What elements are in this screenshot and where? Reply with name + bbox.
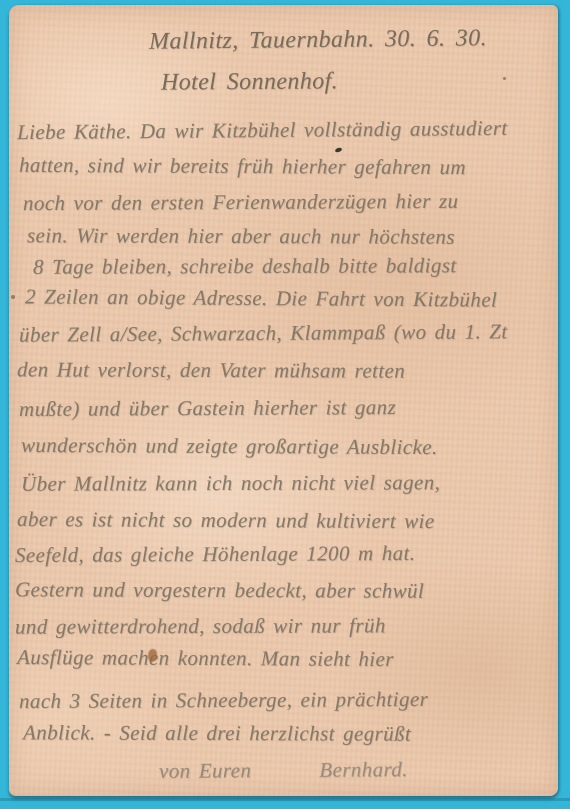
- signature-from: von Euren: [159, 758, 251, 783]
- handwriting-line: den Hut verlorst, den Vater mühsam rette…: [17, 356, 405, 384]
- handwriting-line: Anblick. - Seid alle drei herzlichst geg…: [23, 719, 411, 747]
- handwriting-line: Ausflüge machen konnten. Man sieht hier: [17, 644, 394, 673]
- handwriting-line: wunderschön und zeigte großartige Ausbli…: [21, 432, 438, 461]
- handwriting-line: nach 3 Seiten in Schneeberge, ein prächt…: [19, 686, 428, 715]
- handwriting-line: aber es ist nicht so modern und kultivie…: [17, 506, 435, 535]
- postcard: Mallnitz, Tauernbahn. 30. 6. 30. Hotel S…: [9, 5, 558, 796]
- header-hotel-line: Hotel Sonnenhof.: [161, 68, 338, 96]
- signature-line: von EurenBernhard.: [159, 756, 408, 785]
- handwriting-line: Über Mallnitz kann ich noch nicht viel s…: [21, 469, 440, 497]
- handwriting-line: hatten, sind wir bereits früh hierher ge…: [19, 152, 466, 181]
- pencil-dot: [503, 77, 506, 80]
- scan-background: Mallnitz, Tauernbahn. 30. 6. 30. Hotel S…: [0, 0, 570, 809]
- handwriting-line: 8 Tage bleiben, schreibe deshalb bitte b…: [33, 252, 457, 280]
- signature-name: Bernhard.: [319, 757, 408, 782]
- handwriting-line: Seefeld, das gleiche Höhenlage 1200 m ha…: [15, 540, 416, 569]
- pencil-dot: [11, 295, 15, 299]
- handwriting-line: mußte) und über Gastein hierher ist ganz: [19, 394, 396, 423]
- handwriting-line: noch vor den ersten Ferienwanderzügen hi…: [23, 188, 459, 217]
- header-location-date-line: Mallnitz, Tauernbahn. 30. 6. 30.: [149, 25, 487, 56]
- handwriting-line: Liebe Käthe. Da wir Kitzbühel vollständi…: [17, 115, 508, 146]
- handwriting-line: sein. Wir werden hier aber auch nur höch…: [27, 222, 455, 250]
- ink-speck: [335, 147, 343, 153]
- handwriting-line: und gewitterdrohend, sodaß wir nur früh: [15, 612, 386, 640]
- handwriting-line: über Zell a/See, Schwarzach, Klammpaß (w…: [19, 318, 508, 348]
- handwriting-line: Gestern und vorgestern bedeckt, aber sch…: [15, 576, 424, 604]
- handwriting-line: 2 Zeilen an obige Adresse. Die Fahrt von…: [25, 283, 497, 313]
